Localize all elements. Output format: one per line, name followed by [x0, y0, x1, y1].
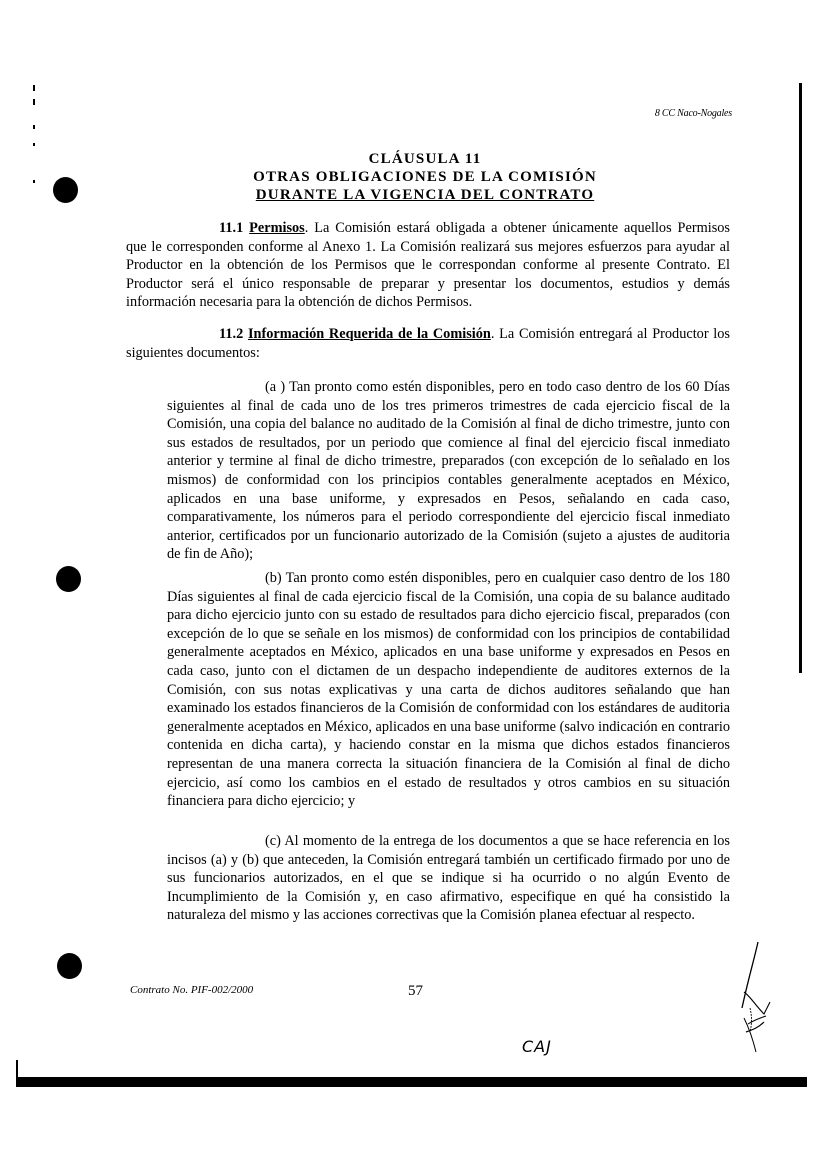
scan-edge-bottom-left [16, 1060, 18, 1080]
handwritten-initials: CAJ [522, 1037, 552, 1056]
section-11-2-item-c: (c) Al momento de la entrega de los docu… [167, 832, 730, 925]
binder-hole-icon [57, 953, 82, 979]
clause-title-line-2: DURANTE LA VIGENCIA DEL CONTRATO [200, 186, 650, 204]
section-text: . La Comisión estará obligada a obtener … [126, 220, 730, 310]
section-title: Permisos [249, 220, 305, 236]
scan-edge-bottom [16, 1077, 807, 1087]
section-number: 11.2 [219, 326, 243, 342]
section-11-2: 11.2 Información Requerida de la Comisió… [126, 325, 730, 362]
section-11-1: 11.1 Permisos. La Comisión estará obliga… [126, 219, 730, 312]
footer-contract-number: Contrato No. PIF-002/2000 [130, 984, 253, 996]
item-label: (c) [265, 833, 281, 849]
clause-number: CLÁUSULA 11 [200, 150, 650, 168]
document-page: 8 CC Naco-Nogales CLÁUSULA 11 OTRAS OBLI… [0, 0, 828, 1169]
scan-specks [33, 85, 37, 205]
section-11-2-item-b: (b) Tan pronto como estén disponibles, p… [167, 569, 730, 811]
binder-hole-icon [53, 177, 78, 203]
running-header: 8 CC Naco-Nogales [655, 108, 732, 119]
section-number: 11.1 [219, 220, 243, 236]
item-label: (a ) [265, 379, 285, 395]
clause-title-block: CLÁUSULA 11 OTRAS OBLIGACIONES DE LA COM… [200, 150, 650, 204]
item-label: (b) [265, 570, 282, 586]
clause-title-line-1: OTRAS OBLIGACIONES DE LA COMISIÓN [200, 168, 650, 186]
binder-hole-icon [56, 566, 81, 592]
footer-page-number: 57 [408, 983, 423, 1000]
signature-icon [730, 940, 780, 1060]
item-text: Al momento de la entrega de los document… [167, 833, 730, 923]
item-text: Tan pronto como estén disponibles, pero … [167, 379, 730, 562]
item-text: Tan pronto como estén disponibles, pero … [167, 570, 730, 809]
scan-edge-right-dash [800, 582, 802, 596]
section-11-2-item-a: (a ) Tan pronto como estén disponibles, … [167, 378, 730, 564]
section-title: Información Requerida de la Comisión [248, 326, 491, 342]
